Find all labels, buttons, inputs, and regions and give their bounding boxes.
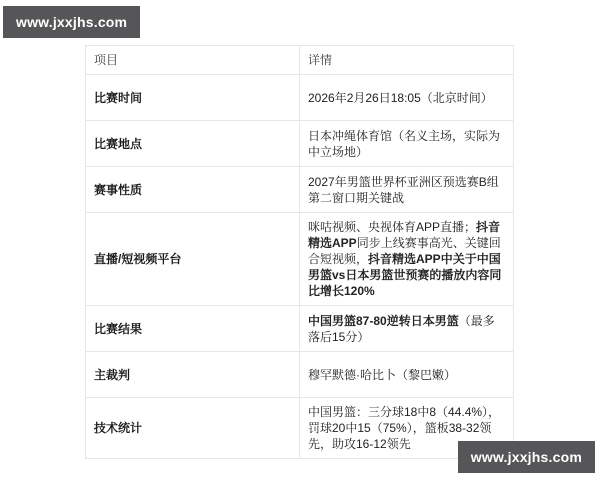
match-info-table: 项目 详情 比赛时间2026年2月26日18:05（北京时间）比赛地点日本冲绳体… (85, 45, 514, 459)
detail-text: 日本冲绳体育馆（名义主场，实际为中立场地） (308, 129, 500, 159)
table-row: 技术统计中国男篮：三分球18中8（44.4%），罚球20中15（75%），篮板3… (86, 398, 514, 459)
column-header-item: 项目 (86, 46, 300, 75)
table-row: 赛事性质2027年男篮世界杯亚洲区预选赛B组第二窗口期关键战 (86, 167, 514, 213)
detail-text: 2027年男篮世界杯亚洲区预选赛B组第二窗口期关键战 (308, 175, 499, 205)
row-detail: 2027年男篮世界杯亚洲区预选赛B组第二窗口期关键战 (300, 167, 514, 213)
row-label: 主裁判 (86, 352, 300, 398)
watermark-top-left: www.jxxjhs.com (3, 6, 140, 38)
row-label: 赛事性质 (86, 167, 300, 213)
row-label: 比赛时间 (86, 75, 300, 121)
column-header-detail: 详情 (300, 46, 514, 75)
table-body: 比赛时间2026年2月26日18:05（北京时间）比赛地点日本冲绳体育馆（名义主… (86, 75, 514, 459)
table-row: 主裁判穆罕默德·哈比卜（黎巴嫩） (86, 352, 514, 398)
detail-text: 2026年2月26日18:05（北京时间） (308, 91, 493, 105)
watermark-bottom-right: www.jxxjhs.com (458, 441, 595, 473)
row-detail: 2026年2月26日18:05（北京时间） (300, 75, 514, 121)
detail-text: 咪咕视频、央视体育APP直播； (308, 220, 476, 234)
row-detail: 日本冲绳体育馆（名义主场，实际为中立场地） (300, 121, 514, 167)
row-detail: 穆罕默德·哈比卜（黎巴嫩） (300, 352, 514, 398)
detail-text-bold: 中国男篮87-80逆转日本男篮 (308, 314, 459, 328)
row-detail: 中国男篮87-80逆转日本男篮（最多落后15分） (300, 306, 514, 352)
row-detail: 咪咕视频、央视体育APP直播；抖音精选APP同步上线赛事高光、关键回合短视频，抖… (300, 213, 514, 306)
detail-text: 穆罕默德·哈比卜（黎巴嫩） (308, 368, 456, 382)
row-label: 比赛地点 (86, 121, 300, 167)
table-header-row: 项目 详情 (86, 46, 514, 75)
table-row: 比赛时间2026年2月26日18:05（北京时间） (86, 75, 514, 121)
page: www.jxxjhs.com 项目 详情 比赛时间2026年2月26日18:05… (0, 0, 600, 480)
row-label: 比赛结果 (86, 306, 300, 352)
table-row: 比赛地点日本冲绳体育馆（名义主场，实际为中立场地） (86, 121, 514, 167)
row-label: 直播/短视频平台 (86, 213, 300, 306)
row-label: 技术统计 (86, 398, 300, 459)
table-row: 比赛结果中国男篮87-80逆转日本男篮（最多落后15分） (86, 306, 514, 352)
table-row: 直播/短视频平台咪咕视频、央视体育APP直播；抖音精选APP同步上线赛事高光、关… (86, 213, 514, 306)
